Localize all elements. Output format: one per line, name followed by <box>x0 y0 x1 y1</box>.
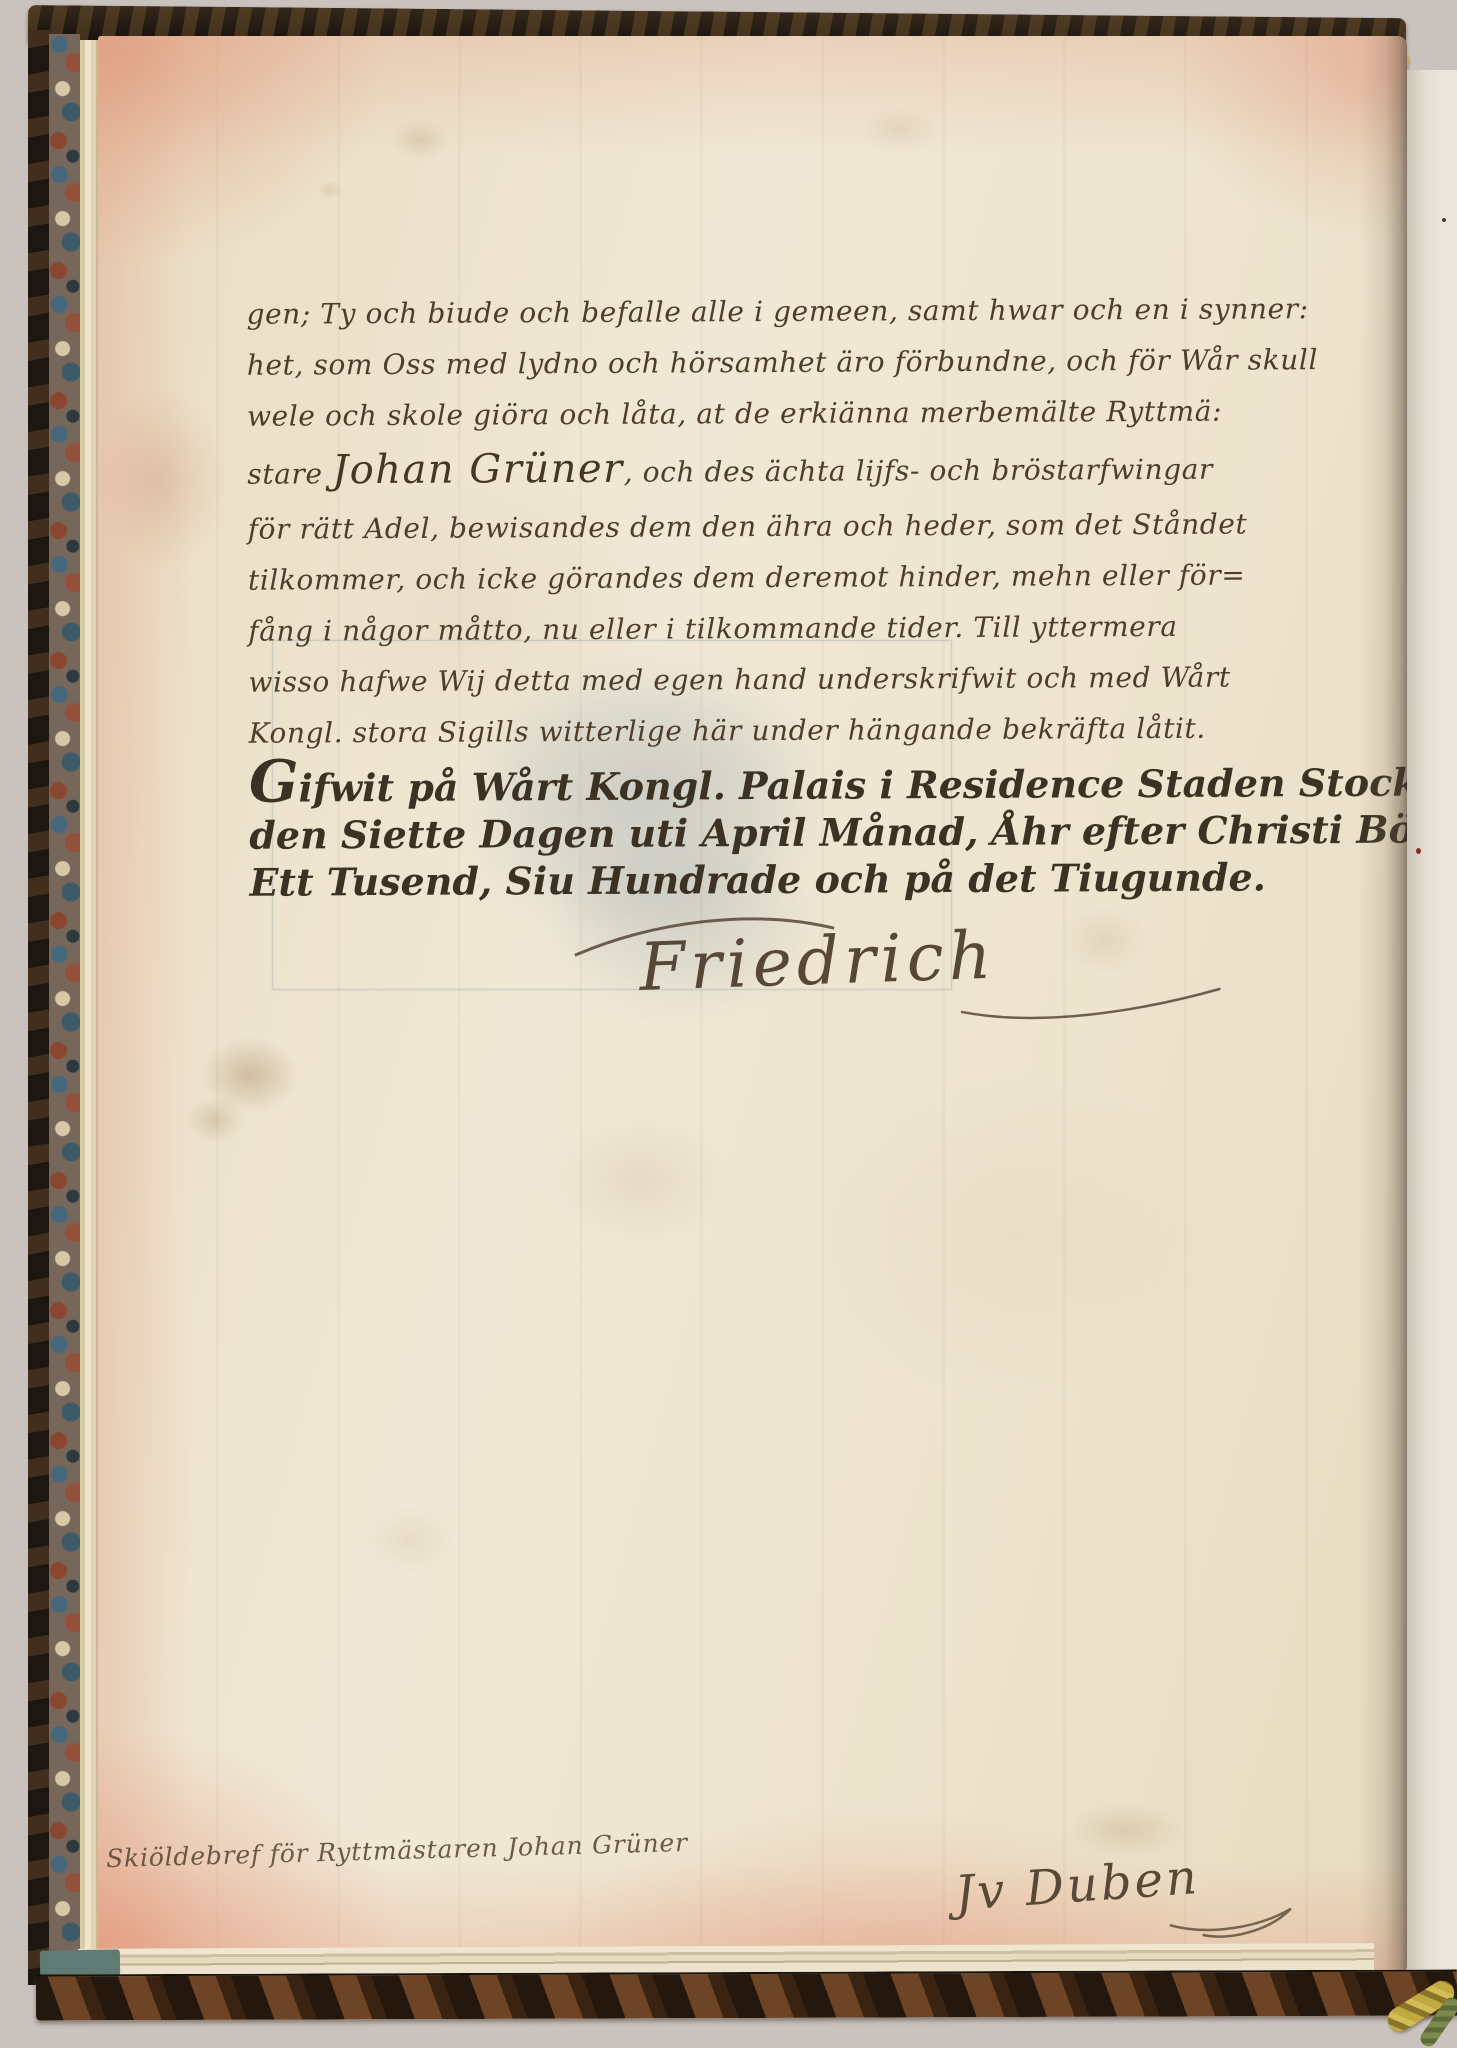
text-line: Kongl. stora Sigills witterlige här unde… <box>249 702 1289 758</box>
royal-signature-text: Friedrich <box>638 917 997 1006</box>
body-text: gen; Ty och biude och befalle alle i gem… <box>246 283 1289 905</box>
text-fragment: , och des ächta lijfs- och bröstarfwinga… <box>624 453 1213 489</box>
text-fragment: stare <box>247 457 332 490</box>
page-gutter-shadow <box>1359 36 1407 1972</box>
text-line: het, som Oss med lydno och hörsamhet äro… <box>247 334 1287 390</box>
text-line: wisso hafwe Wij detta med egen hand unde… <box>248 651 1288 707</box>
manuscript-page: gen; Ty och biude och befalle alle i gem… <box>98 36 1407 1972</box>
binding-marbled-edge <box>49 34 80 1978</box>
royal-signature: Friedrich <box>565 871 1232 1094</box>
dateline: den Siette Dagen uti April Månad, Åhr ef… <box>249 806 1289 858</box>
text-line: fång i någor måtto, nu eller i tilkomman… <box>248 600 1288 656</box>
dateline: Gifwit på Wårt Kongl. Palais i Residence… <box>249 753 1289 811</box>
text-line: gen; Ty och biude och befalle alle i gem… <box>246 283 1286 339</box>
ennobled-name: Johan Grüner <box>332 446 624 494</box>
paper-speck <box>1442 218 1446 222</box>
book-bottom-leather-edge <box>36 1970 1457 2021</box>
text-line: tilkommer, och icke görandes dem deremot… <box>248 549 1288 605</box>
paper-speck <box>1416 848 1421 854</box>
text-line: wele och skole giöra och låta, at de erk… <box>247 385 1287 441</box>
next-page-edge <box>1404 70 1457 1970</box>
binding-teal-patch <box>40 1949 120 1976</box>
text-line: för rätt Adel, bewisandes dem den ähra o… <box>248 498 1288 554</box>
bookmark-tassel <box>1378 1988 1457 2048</box>
text-line-with-name: stare Johan Grüner, och des ächta lijfs-… <box>247 436 1287 503</box>
